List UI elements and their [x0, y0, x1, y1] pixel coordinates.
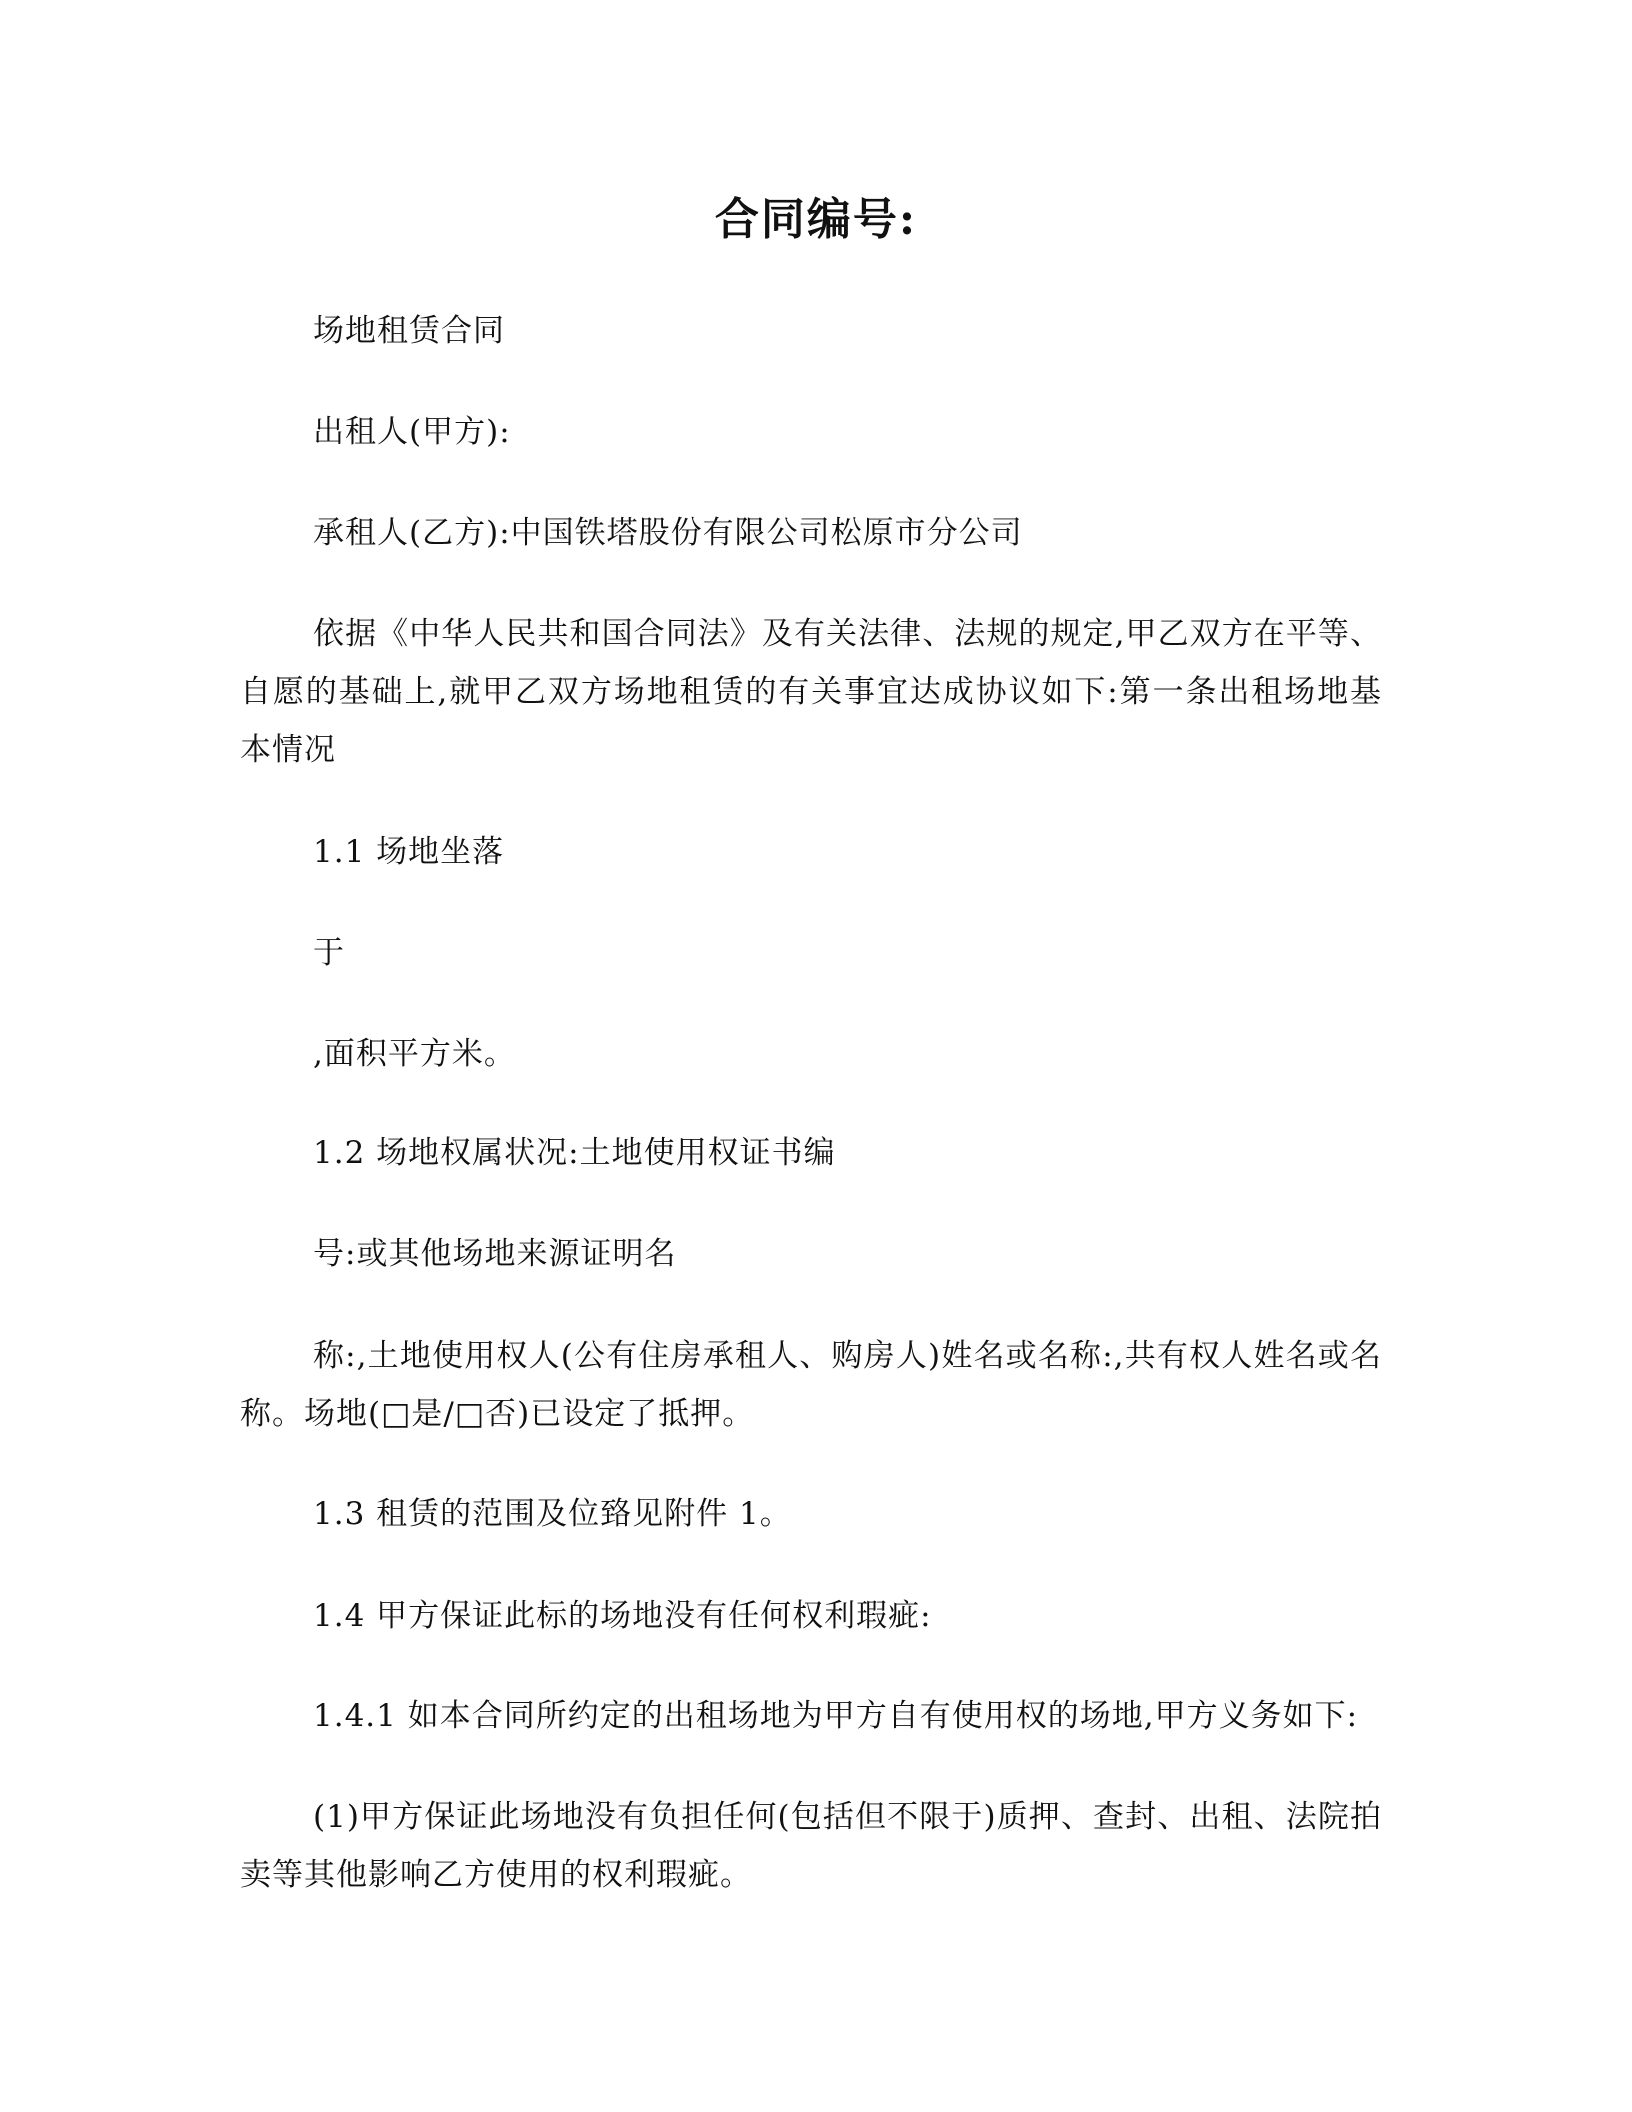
clause-1-4: 1.4 甲方保证此标的场地没有任何权利瑕疵: — [240, 1587, 1382, 1645]
clause-1-3: 1.3 租赁的范围及位臵见附件 1。 — [240, 1485, 1382, 1543]
lessee-line: 承租人(乙方):中国铁塔股份有限公司松原市分公司 — [240, 504, 1382, 562]
document-page: 合同编号: 场地租赁合同 出租人(甲方): 承租人(乙方):中国铁塔股份有限公司… — [0, 0, 1632, 2112]
clause-1-2: 1.2 场地权属状况:土地使用权证书编 — [240, 1124, 1382, 1182]
clause-1-1: 1.1 场地坐落 — [240, 823, 1382, 881]
clause-1-1-location: 于 — [240, 924, 1382, 982]
clause-1-2-continued: 号:或其他场地来源证明名 — [240, 1225, 1382, 1283]
clause-1-4-1: 1.4.1 如本合同所约定的出租场地为甲方自有使用权的场地,甲方义务如下: — [240, 1687, 1382, 1745]
contract-name-line: 场地租赁合同 — [240, 302, 1382, 360]
clause-1-4-1-item-1: (1)甲方保证此场地没有负担任何(包括但不限于)质押、查封、出租、法院拍卖等其他… — [240, 1788, 1382, 1904]
clause-1-1-area: ,面积平方米。 — [240, 1025, 1382, 1083]
lessor-line: 出租人(甲方): — [240, 403, 1382, 461]
contract-number-title: 合同编号: — [0, 192, 1632, 248]
preamble-paragraph: 依据《中华人民共和国合同法》及有关法律、法规的规定,甲乙双方在平等、自愿的基础上… — [240, 605, 1382, 779]
clause-1-2-owner: 称:,土地使用权人(公有住房承租人、购房人)姓名或名称:,共有权人姓名或名称。场… — [240, 1327, 1382, 1443]
